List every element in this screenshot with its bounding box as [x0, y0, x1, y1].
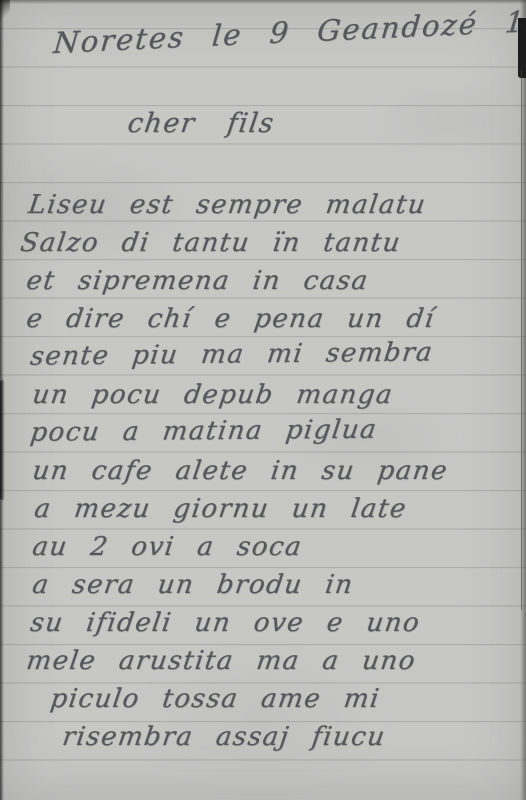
handwriting-line: Liseu est sempre malatu — [0, 186, 429, 224]
letter-salutation: cher fils — [126, 108, 277, 139]
handwriting-line: a sera un brodu in — [0, 566, 356, 604]
handwriting-line: sente piu ma mi sembra — [0, 333, 436, 376]
handwriting-line: et sipremena in casa — [0, 262, 371, 300]
handwriting-line: pocu a matina piglua — [0, 411, 380, 452]
letter-page: Noretes le 9 Geandozé 1923 cher fils Lis… — [0, 0, 526, 800]
handwriting-line: piculo tossa ame mi — [0, 680, 383, 718]
handwriting-line: risembra assaj fiucu — [0, 718, 388, 756]
handwriting-line: e dire chí e pena un dí — [0, 300, 437, 338]
handwriting-line: un pocu depub manga — [0, 376, 396, 414]
handwriting-line: a mezu giornu un late — [0, 490, 410, 528]
handwriting-line: Salzo di tantu ïn tantu — [0, 224, 404, 262]
handwriting-line: mele arustita ma a uno — [0, 642, 419, 680]
handwriting-line: un cafe alete in su pane — [0, 452, 451, 490]
handwriting-line: su ifideli un ove e uno — [0, 604, 423, 642]
handwriting-line: au 2 ovi a soca — [0, 528, 305, 566]
paper-corner-shadow-topleft — [0, 0, 10, 22]
paper-edge-top — [0, 0, 526, 4]
letter-dateline: Noretes le 9 Geandozé 1923 — [52, 2, 526, 60]
paper-edge-right-line — [521, 70, 523, 610]
